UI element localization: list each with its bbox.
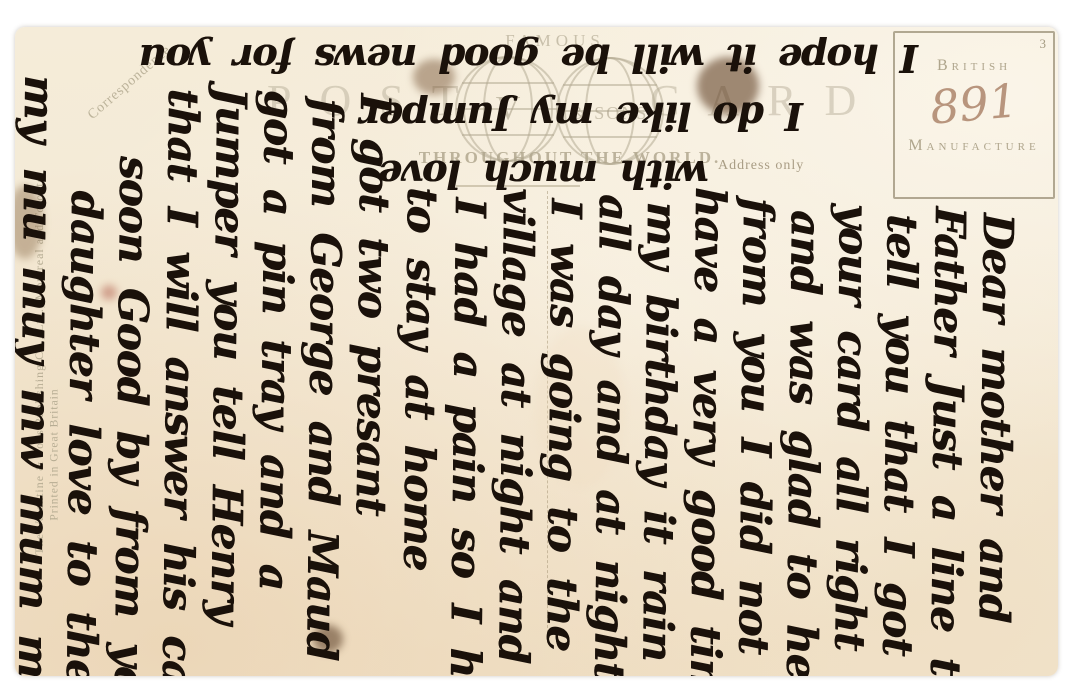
message-line: Dear mother and	[969, 85, 1023, 676]
margin-note-line: I do like my Jumper	[170, 87, 918, 145]
message-line: daughter love to them all	[57, 75, 111, 671]
postcard: FAMOUS POST CARD V & SONS THROUGHOUT THE…	[15, 27, 1058, 676]
margin-note-line: I hope it will be good news for you	[170, 29, 918, 87]
stamp-corner-number: 3	[1040, 36, 1047, 52]
margin-note-upside-down: with much loveI do like my JumperI hope …	[170, 27, 918, 203]
message-line: Father Just a line to	[921, 84, 975, 676]
margin-note-line: with much love	[170, 145, 918, 203]
message-line: soon Good by from your	[105, 76, 159, 672]
edge-scribble-line: my mu muy mw mum my mw mu my mu	[15, 75, 63, 671]
